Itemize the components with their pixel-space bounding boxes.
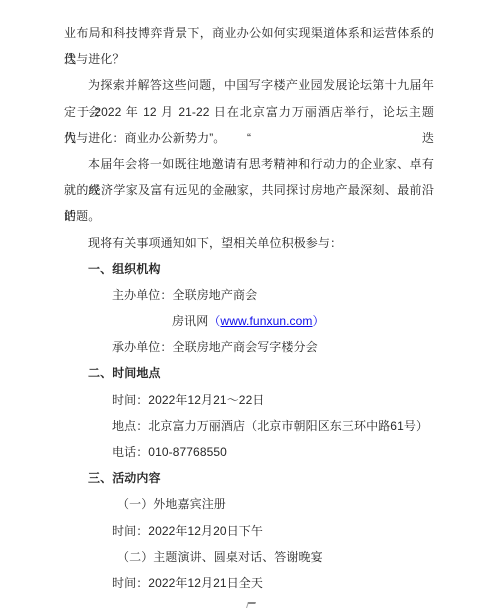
paragraph-continuation-line: 业布局和科技博弈背景下，商业办公如何实现渠道体系和运营体系的迭	[64, 20, 434, 46]
heading-time-venue: 二、时间地点	[88, 360, 434, 386]
venue-line: 地点：北京富力万丽酒店（北京市朝阳区东三环中路61号）	[112, 413, 434, 439]
link-paren-close: ）	[313, 314, 325, 328]
heading-activities: 三、活动内容	[88, 465, 434, 491]
funxun-line: 房讯网（www.funxun.com）	[172, 308, 434, 334]
paragraph-invite-last-line: 话题。	[64, 203, 434, 229]
cut-off-next-line-artifact	[246, 602, 256, 608]
paragraph-last-line: 代与进化？	[64, 46, 434, 72]
paragraph-intro-line: 定于 2022 年 12 月 21-22 日在北京富力万丽酒店举行，论坛主题为“…	[64, 99, 434, 125]
activity-item-registration: （一）外地嘉宾注册	[117, 491, 434, 517]
notice-line: 现将有关事项通知如下，望相关单位积极参与：	[88, 230, 434, 256]
paragraph-invite-line: 就的经济学家及富有远见的金融家，共同探讨房地产最深刻、最前沿的	[64, 177, 434, 203]
activity-time-line: 时间：2022年12月21日全天	[112, 570, 434, 596]
paragraph-invite-line: 本届年会将一如既往地邀请有思考精神和行动力的企业家、卓有成	[88, 151, 434, 177]
funxun-link[interactable]: www.funxun.com	[220, 314, 312, 328]
activity-time-line: 时间：2022年12月20日下午	[112, 518, 434, 544]
heading-organization: 一、组织机构	[88, 256, 434, 282]
organizer-unit-line: 承办单位：全联房地产商会写字楼分会	[112, 334, 434, 360]
paragraph-intro-line: 为探索并解答这些问题，中国写字楼产业园发展论坛第十九届年会	[88, 72, 434, 98]
phone-line: 电话：010-87768550	[112, 439, 434, 465]
host-unit-line: 主办单位：全联房地产商会	[112, 282, 434, 308]
time-line: 时间：2022年12月21～22日	[112, 387, 434, 413]
funxun-label: 房讯网	[172, 314, 208, 328]
document-page: 业布局和科技博弈背景下，商业办公如何实现渠道体系和运营体系的迭 代与进化？ 为探…	[0, 0, 500, 609]
activity-item-speeches: （二）主题演讲、圆桌对话、答谢晚宴	[117, 544, 434, 570]
link-paren-open: （	[208, 314, 220, 328]
